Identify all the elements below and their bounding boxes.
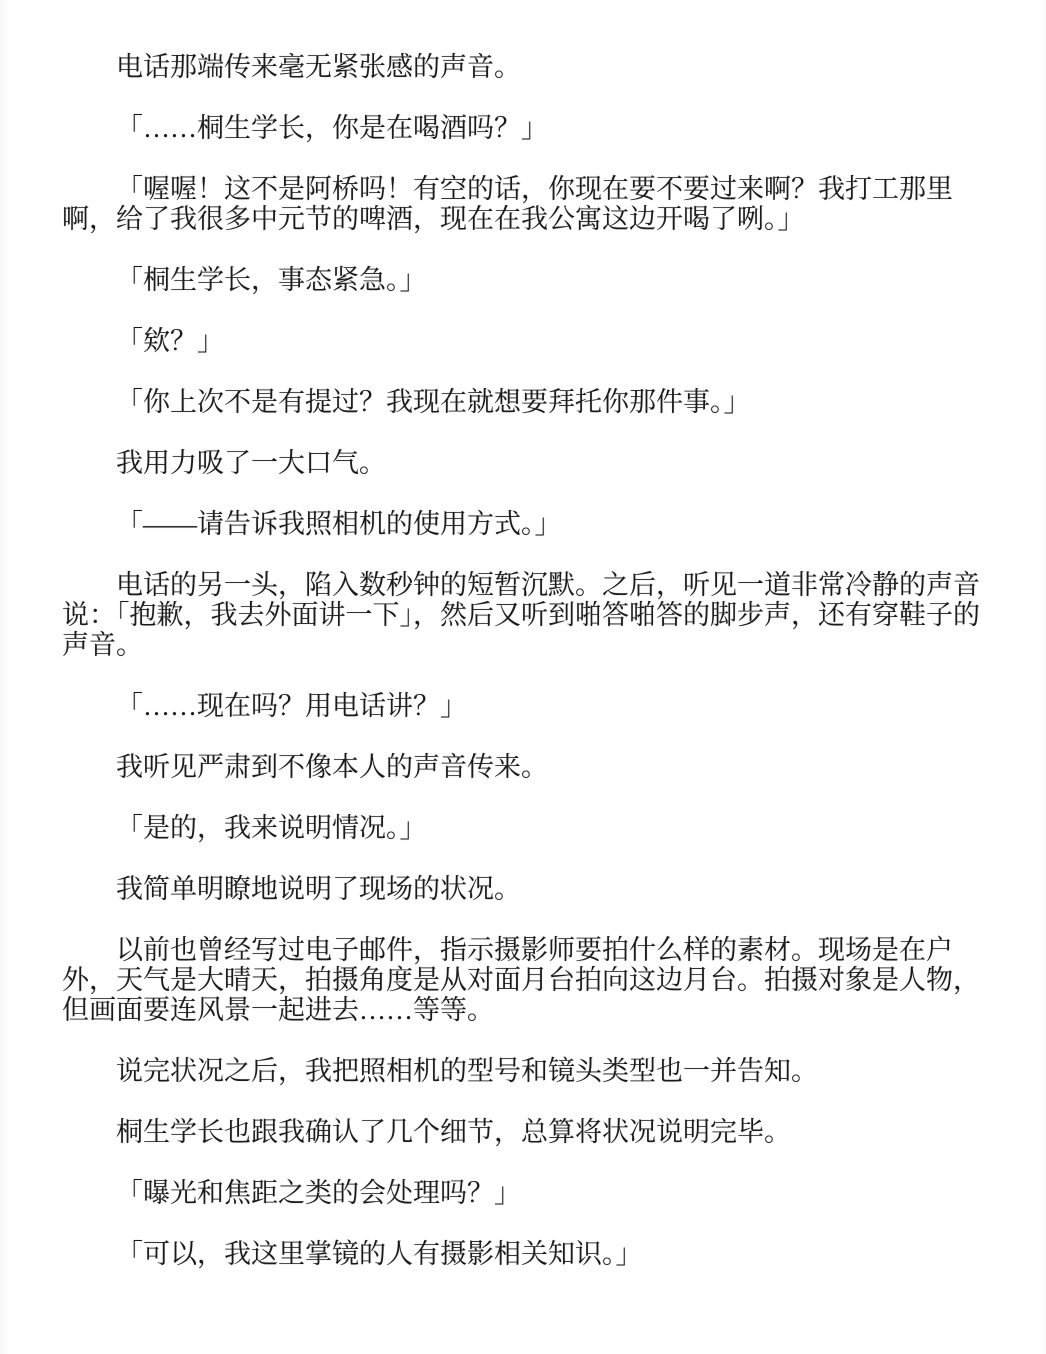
paragraph-narration: 电话那端传来毫无紧张感的声音。 (62, 52, 982, 82)
paragraph-narration: 我简单明瞭地说明了现场的状况。 (62, 874, 982, 904)
paragraph-narration: 我用力吸了一大口气。 (62, 448, 982, 478)
paragraph-dialogue: 「——请告诉我照相机的使用方式。」 (62, 509, 982, 539)
paragraph-narration: 说完状况之后，我把照相机的型号和镜头类型也一并告知。 (62, 1056, 982, 1086)
paragraph-dialogue: 「……桐生学长，你是在喝酒吗？」 (62, 113, 982, 143)
paragraph-narration: 桐生学长也跟我确认了几个细节，总算将状况说明完毕。 (62, 1117, 982, 1147)
paragraph-dialogue: 「……现在吗？用电话讲？」 (62, 691, 982, 721)
paragraph-dialogue: 「欸？」 (62, 326, 982, 356)
paragraph-dialogue: 「桐生学长，事态紧急。」 (62, 265, 982, 295)
novel-text-content: 电话那端传来毫无紧张感的声音。 「……桐生学长，你是在喝酒吗？」 「喔喔！这不是… (0, 0, 1046, 1269)
paragraph-dialogue: 「是的，我来说明情况。」 (62, 813, 982, 843)
paragraph-dialogue: 「曝光和焦距之类的会处理吗？」 (62, 1178, 982, 1208)
paragraph-narration: 电话的另一头，陷入数秒钟的短暂沉默。之后，听见一道非常冷静的声音说：「抱歉，我去… (62, 570, 982, 660)
paragraph-dialogue: 「喔喔！这不是阿桥吗！有空的话，你现在要不要过来啊？我打工那里啊，给了我很多中元… (62, 174, 982, 234)
paragraph-narration: 以前也曾经写过电子邮件，指示摄影师要拍什么样的素材。现场是在户外，天气是大晴天，… (62, 935, 982, 1025)
paragraph-dialogue: 「可以，我这里掌镜的人有摄影相关知识。」 (62, 1239, 982, 1269)
novel-page: 电话那端传来毫无紧张感的声音。 「……桐生学长，你是在喝酒吗？」 「喔喔！这不是… (0, 0, 1046, 1354)
paragraph-narration: 我听见严肃到不像本人的声音传来。 (62, 752, 982, 782)
paragraph-dialogue: 「你上次不是有提过？我现在就想要拜托你那件事。」 (62, 387, 982, 417)
